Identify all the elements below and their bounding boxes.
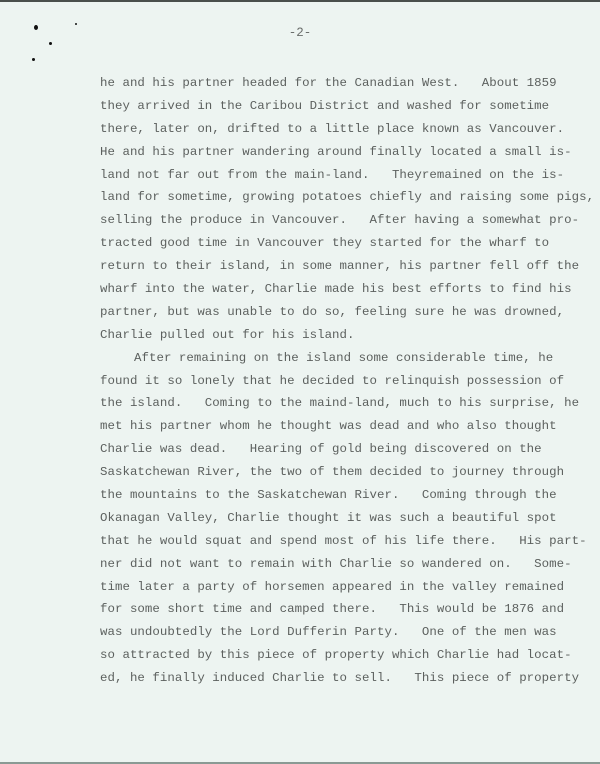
- ink-speck: [75, 23, 77, 25]
- text-line: Charlie was dead. Hearing of gold being …: [100, 438, 570, 461]
- ink-speck: [49, 42, 52, 45]
- text-line: partner, but was unable to do so, feelin…: [100, 301, 570, 324]
- text-line: Okanagan Valley, Charlie thought it was …: [100, 507, 570, 530]
- text-line: Saskatchewan River, the two of them deci…: [100, 461, 570, 484]
- text-line: land for sometime, growing potatoes chie…: [100, 186, 570, 209]
- text-line: Charlie pulled out for his island.: [100, 324, 570, 347]
- text-line: he and his partner headed for the Canadi…: [100, 72, 570, 95]
- text-line: found it so lonely that he decided to re…: [100, 370, 570, 393]
- text-line: land not far out from the main-land. The…: [100, 164, 570, 187]
- text-line: that he would squat and spend most of hi…: [100, 530, 570, 553]
- text-line: there, later on, drifted to a little pla…: [100, 118, 570, 141]
- text-line: met his partner whom he thought was dead…: [100, 415, 570, 438]
- text-line: for some short time and camped there. Th…: [100, 598, 570, 621]
- text-line: time later a party of horsemen appeared …: [100, 576, 570, 599]
- typed-body-text: he and his partner headed for the Canadi…: [100, 72, 570, 690]
- text-line: He and his partner wandering around fina…: [100, 141, 570, 164]
- text-line: selling the produce in Vancouver. After …: [100, 209, 570, 232]
- page-number: -2-: [0, 26, 600, 40]
- text-line: the island. Coming to the maind-land, mu…: [100, 392, 570, 415]
- text-line: ner did not want to remain with Charlie …: [100, 553, 570, 576]
- document-page: -2- he and his partner headed for the Ca…: [0, 0, 600, 764]
- text-line: tracted good time in Vancouver they star…: [100, 232, 570, 255]
- ink-speck: [32, 58, 35, 61]
- text-line: was undoubtedly the Lord Dufferin Party.…: [100, 621, 570, 644]
- text-line: return to their island, in some manner, …: [100, 255, 570, 278]
- text-line: so attracted by this piece of property w…: [100, 644, 570, 667]
- text-line: ed, he finally induced Charlie to sell. …: [100, 667, 570, 690]
- text-line-indented: After remaining on the island some consi…: [100, 347, 570, 370]
- text-line: they arrived in the Caribou District and…: [100, 95, 570, 118]
- paragraph-2: After remaining on the island some consi…: [100, 347, 570, 690]
- text-line: the mountains to the Saskatchewan River.…: [100, 484, 570, 507]
- text-line: wharf into the water, Charlie made his b…: [100, 278, 570, 301]
- paragraph-1: he and his partner headed for the Canadi…: [100, 72, 570, 347]
